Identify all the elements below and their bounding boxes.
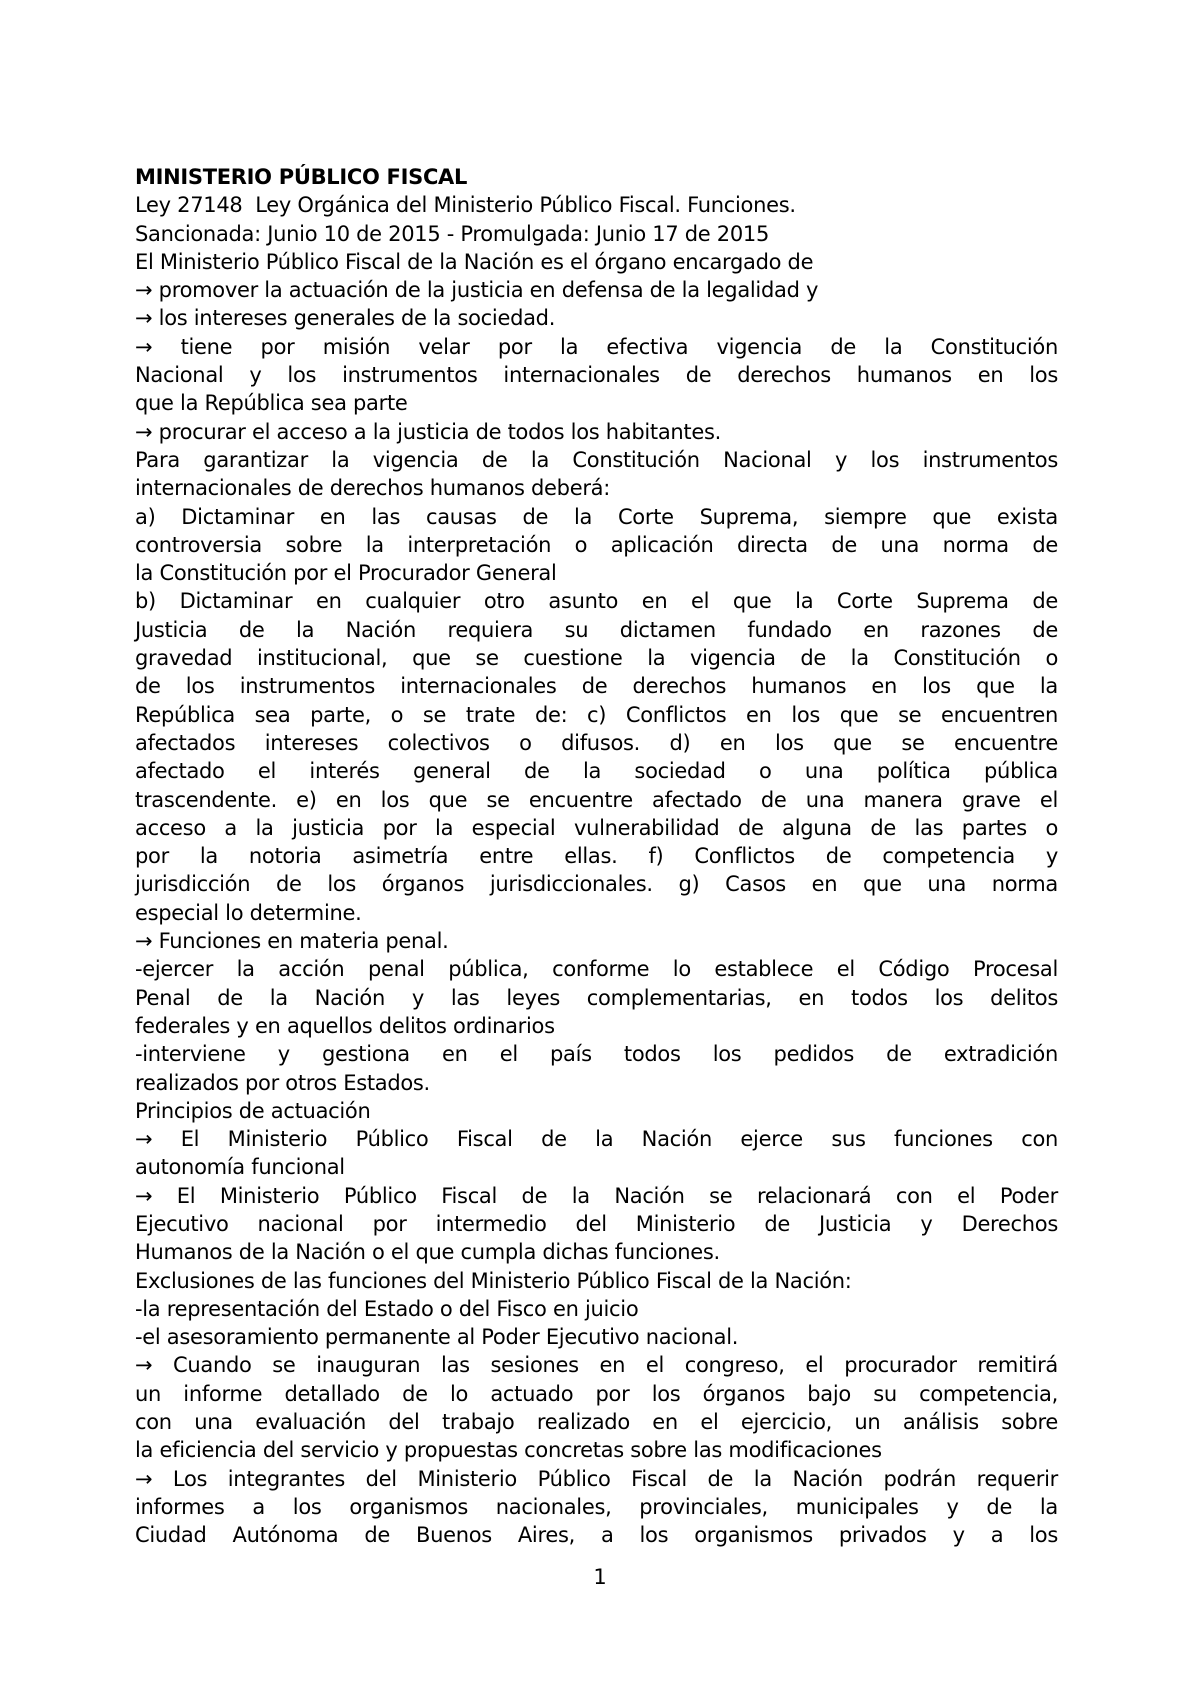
text-line: Ciudad Autónoma de Buenos Aires, a los o… xyxy=(135,1521,1058,1549)
text-line: autonomía funcional xyxy=(135,1153,1058,1181)
text-line: Justicia de la Nación requiera su dictam… xyxy=(135,616,1058,644)
text-line: El Ministerio Público Fiscal de la Nació… xyxy=(135,248,1058,276)
text-line: Exclusiones de las funciones del Ministe… xyxy=(135,1267,1058,1295)
text-line: → Cuando se inauguran las sesiones en el… xyxy=(135,1351,1058,1379)
text-line: acceso a la justicia por la especial vul… xyxy=(135,814,1058,842)
text-line: de los instrumentos internacionales de d… xyxy=(135,672,1058,700)
text-line: Sancionada: Junio 10 de 2015 - Promulgad… xyxy=(135,220,1058,248)
text-line: b) Dictaminar en cualquier otro asunto e… xyxy=(135,587,1058,615)
text-line: → los intereses generales de la sociedad… xyxy=(135,304,1058,332)
text-line: realizados por otros Estados. xyxy=(135,1069,1058,1097)
text-line: federales y en aquellos delitos ordinari… xyxy=(135,1012,1058,1040)
document-body: MINISTERIO PÚBLICO FISCALLey 27148 Ley O… xyxy=(135,163,1058,1550)
text-line: -el asesoramiento permanente al Poder Ej… xyxy=(135,1323,1058,1351)
text-line: por la notoria asimetría entre ellas. f)… xyxy=(135,842,1058,870)
text-line: → tiene por misión velar por la efectiva… xyxy=(135,333,1058,361)
text-line: → Funciones en materia penal. xyxy=(135,927,1058,955)
text-line: gravedad institucional, que se cuestione… xyxy=(135,644,1058,672)
text-line: la Constitución por el Procurador Genera… xyxy=(135,559,1058,587)
text-line: Penal de la Nación y las leyes complemen… xyxy=(135,984,1058,1012)
text-line: Principios de actuación xyxy=(135,1097,1058,1125)
text-line: especial lo determine. xyxy=(135,899,1058,927)
text-line: Humanos de la Nación o el que cumpla dic… xyxy=(135,1238,1058,1266)
text-line: jurisdicción de los órganos jurisdiccion… xyxy=(135,870,1058,898)
text-line: → Los integrantes del Ministerio Público… xyxy=(135,1465,1058,1493)
text-line: trascendente. e) en los que se encuentre… xyxy=(135,786,1058,814)
text-line: informes a los organismos nacionales, pr… xyxy=(135,1493,1058,1521)
text-line: que la República sea parte xyxy=(135,389,1058,417)
page-number: 1 xyxy=(0,1563,1200,1591)
text-line: -interviene y gestiona en el país todos … xyxy=(135,1040,1058,1068)
text-line: → promover la actuación de la justicia e… xyxy=(135,276,1058,304)
text-line: República sea parte, o se trate de: c) C… xyxy=(135,701,1058,729)
text-line: controversia sobre la interpretación o a… xyxy=(135,531,1058,559)
text-line: un informe detallado de lo actuado por l… xyxy=(135,1380,1058,1408)
text-line: a) Dictaminar en las causas de la Corte … xyxy=(135,503,1058,531)
text-line: → El Ministerio Público Fiscal de la Nac… xyxy=(135,1182,1058,1210)
text-line: -ejercer la acción penal pública, confor… xyxy=(135,955,1058,983)
text-line: Nacional y los instrumentos internaciona… xyxy=(135,361,1058,389)
text-line: internacionales de derechos humanos debe… xyxy=(135,474,1058,502)
text-line: Ejecutivo nacional por intermedio del Mi… xyxy=(135,1210,1058,1238)
text-line: → El Ministerio Público Fiscal de la Nac… xyxy=(135,1125,1058,1153)
text-line: → procurar el acceso a la justicia de to… xyxy=(135,418,1058,446)
text-line: la eficiencia del servicio y propuestas … xyxy=(135,1436,1058,1464)
text-line: afectado el interés general de la socied… xyxy=(135,757,1058,785)
document-title: MINISTERIO PÚBLICO FISCAL xyxy=(135,163,1058,191)
text-line: Ley 27148 Ley Orgánica del Ministerio Pú… xyxy=(135,191,1058,219)
text-line: -la representación del Estado o del Fisc… xyxy=(135,1295,1058,1323)
text-line: Para garantizar la vigencia de la Consti… xyxy=(135,446,1058,474)
text-line: afectados intereses colectivos o difusos… xyxy=(135,729,1058,757)
document-page: MINISTERIO PÚBLICO FISCALLey 27148 Ley O… xyxy=(0,0,1200,1698)
text-line: con una evaluación del trabajo realizado… xyxy=(135,1408,1058,1436)
